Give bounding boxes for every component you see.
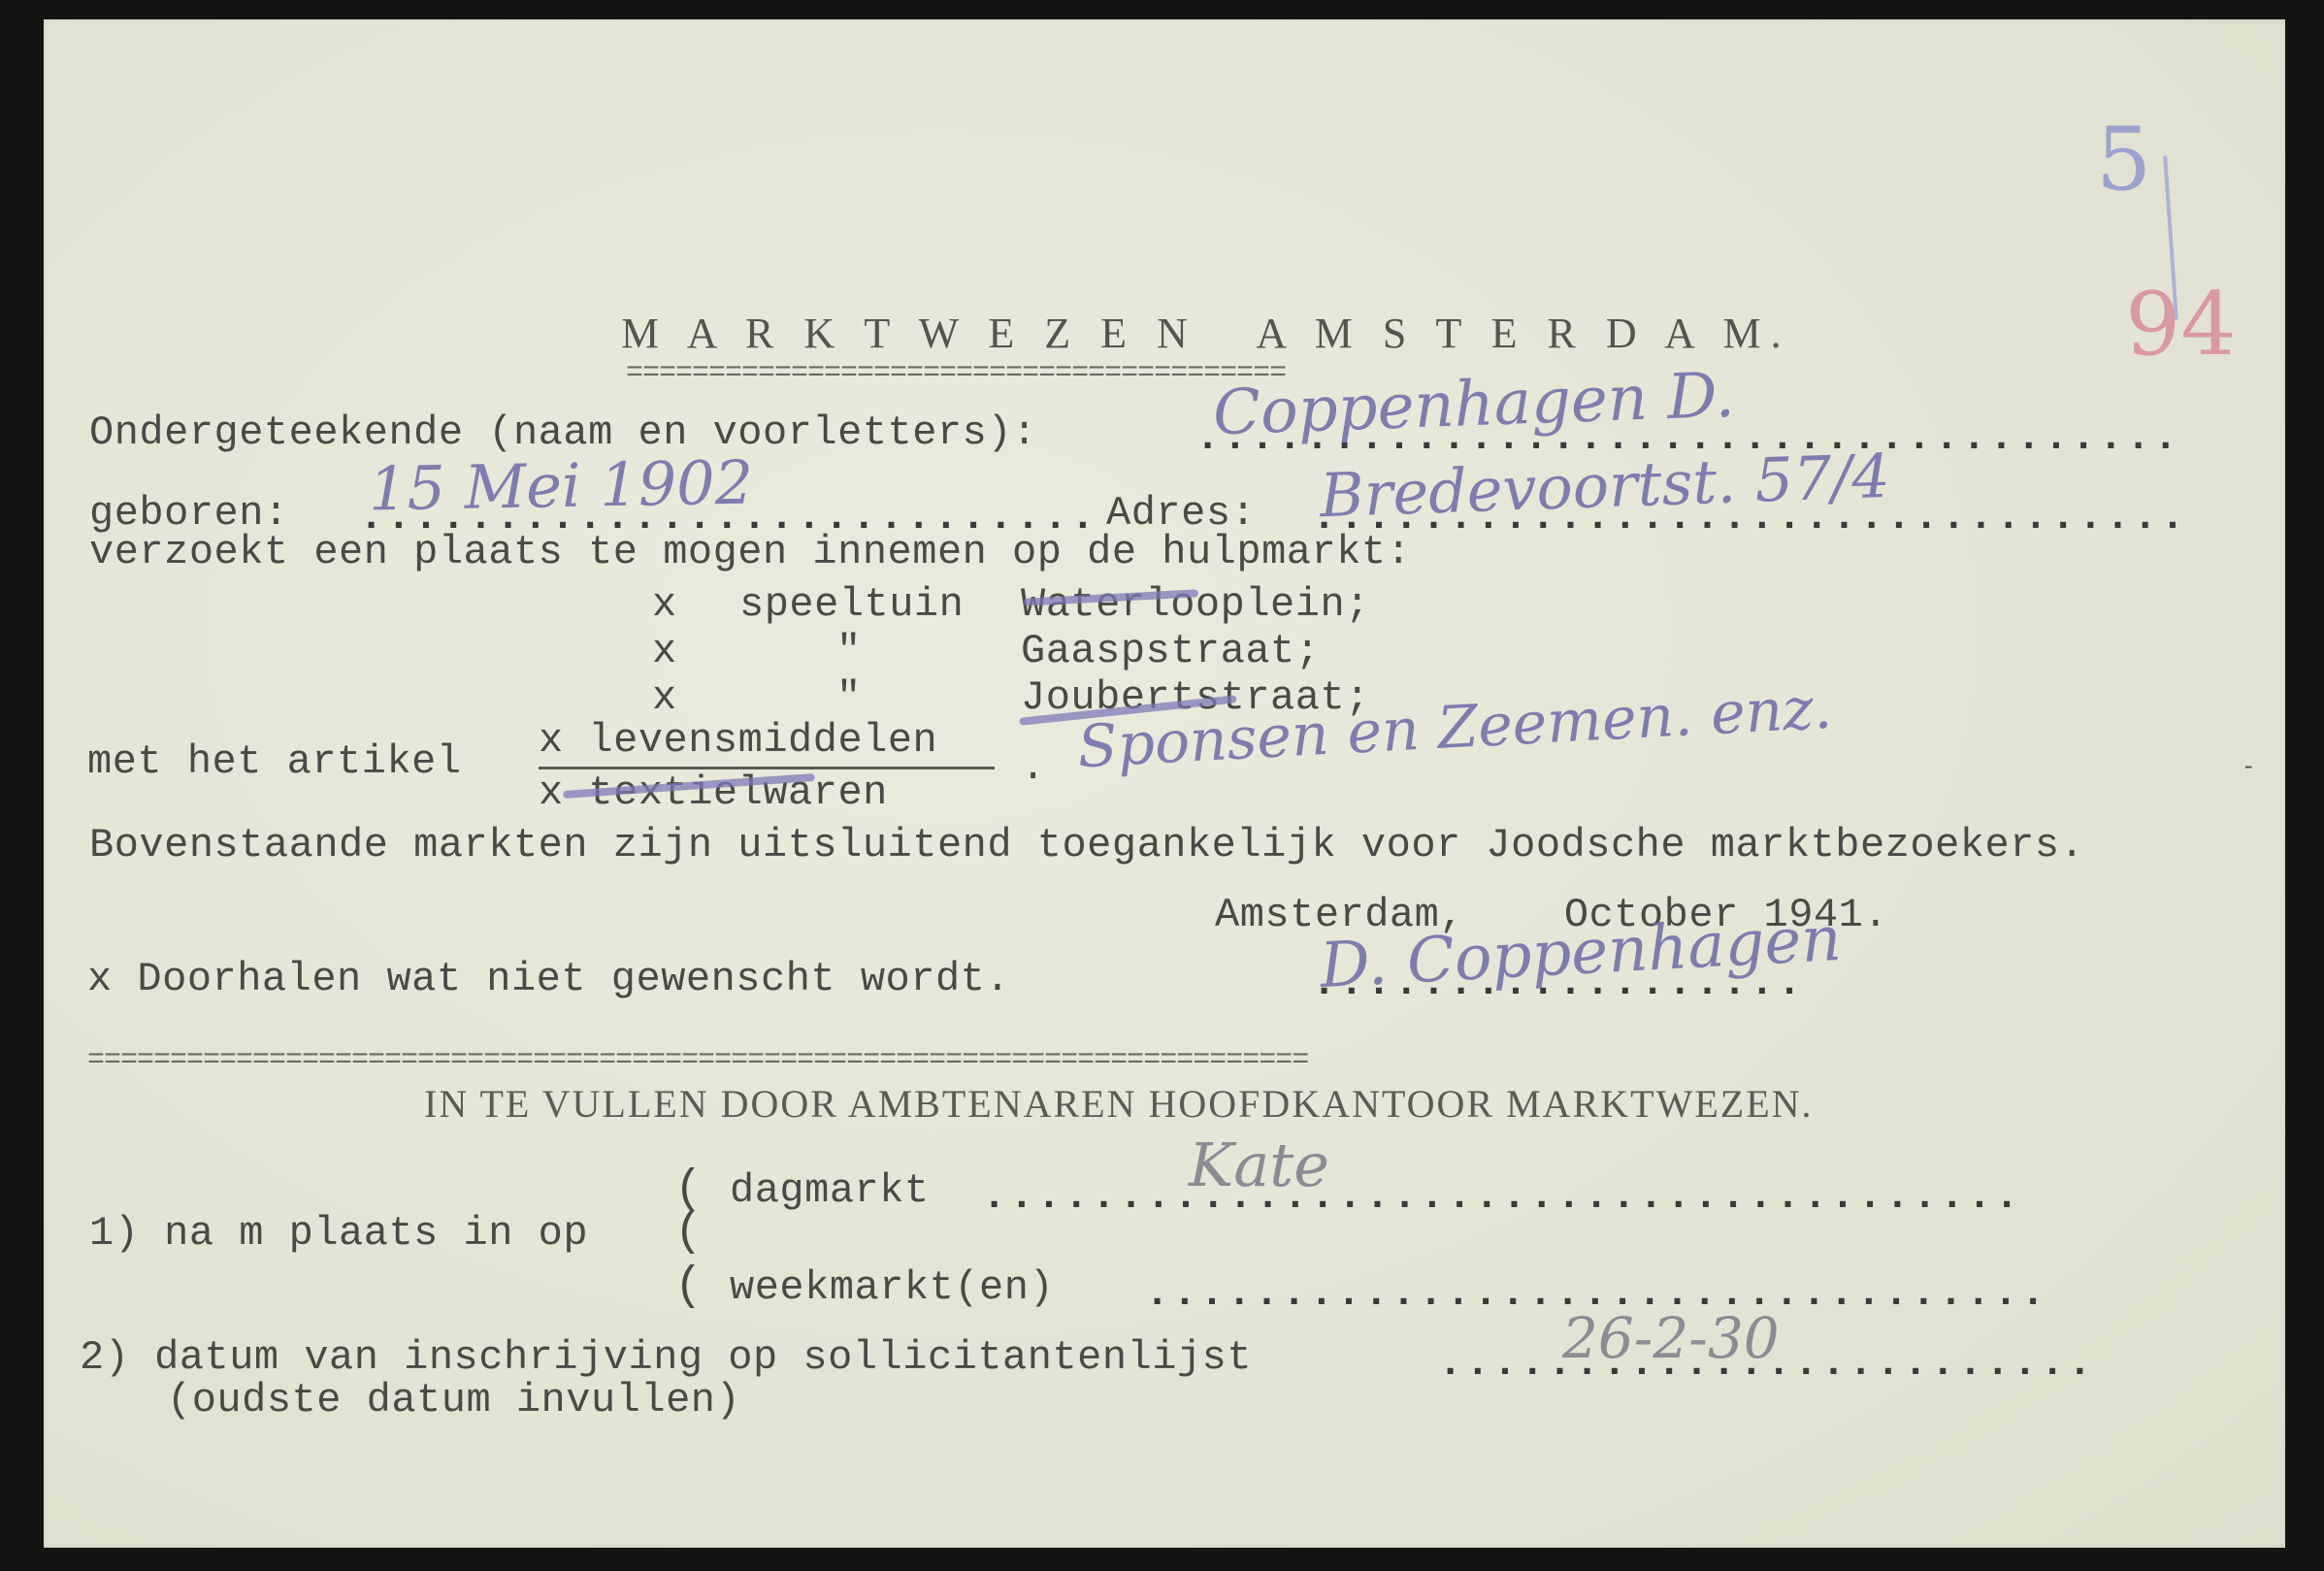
document-title: M A R K T W E Z E N A M S T E R D A M. <box>621 312 1791 355</box>
dagmarkt-label: dagmarkt <box>730 1170 930 1211</box>
strike-instruction: x Doorhalen wat niet gewenscht wordt. <box>87 959 1010 999</box>
market-3-mark: x <box>652 677 677 718</box>
dagmarkt-dotted-field: ...................................... <box>982 1176 2195 1217</box>
market-3-prefix: " <box>836 677 862 718</box>
market-1-mark: x <box>652 584 677 625</box>
brace-middle: ( <box>674 1209 703 1256</box>
edge-dash-mark: - <box>2242 757 2256 780</box>
market-2-name[interactable]: Gaaspstraat; <box>1021 631 1320 671</box>
market-1-prefix: speeltuin <box>739 584 964 625</box>
section-separator: ========================================… <box>87 1046 2222 1075</box>
item2-dotted-field: ........................ <box>1438 1343 2200 1384</box>
margin-red-annotation: 94 <box>2125 281 2237 369</box>
article-option-food[interactable]: x levensmiddelen <box>539 720 937 761</box>
name-label: Ondergeteekende (naam en voorletters): <box>89 412 1037 453</box>
brace-bottom: ( <box>674 1263 703 1310</box>
item1-label: 1) na m plaats in op <box>89 1213 588 1254</box>
market-2-prefix: " <box>836 631 862 671</box>
article-period: . <box>1021 747 1046 788</box>
name-handwritten-value[interactable]: Coppenhagen D. <box>1212 365 1736 445</box>
exclusivity-notice: Bovenstaande markten zijn uitsluitend to… <box>89 825 2084 866</box>
born-label: geboren: <box>89 493 289 534</box>
weekmarkt-label: weekmarkt(en) <box>730 1267 1054 1308</box>
official-section-heading: IN TE VULLEN DOOR AMBTENAREN HOOFDKANTOO… <box>424 1085 1814 1124</box>
born-handwritten-value[interactable]: 15 Mei 1902 <box>368 453 753 520</box>
article-label: met het artikel <box>87 741 462 782</box>
market-2-mark: x <box>652 631 677 671</box>
margin-blue-annotation: 5 <box>2096 116 2151 204</box>
address-label: Adres: <box>1106 493 1256 534</box>
item2-sublabel: (oudste datum invullen) <box>167 1380 740 1421</box>
item2-handwritten-value[interactable]: 26-2-30 <box>1562 1310 1780 1366</box>
item2-label: 2) datum van inschrijving op sollicitant… <box>80 1337 1252 1378</box>
dagmarkt-handwritten-value[interactable]: Kate <box>1189 1135 1329 1195</box>
request-line: verzoekt een plaats te mogen innemen op … <box>89 532 1411 573</box>
